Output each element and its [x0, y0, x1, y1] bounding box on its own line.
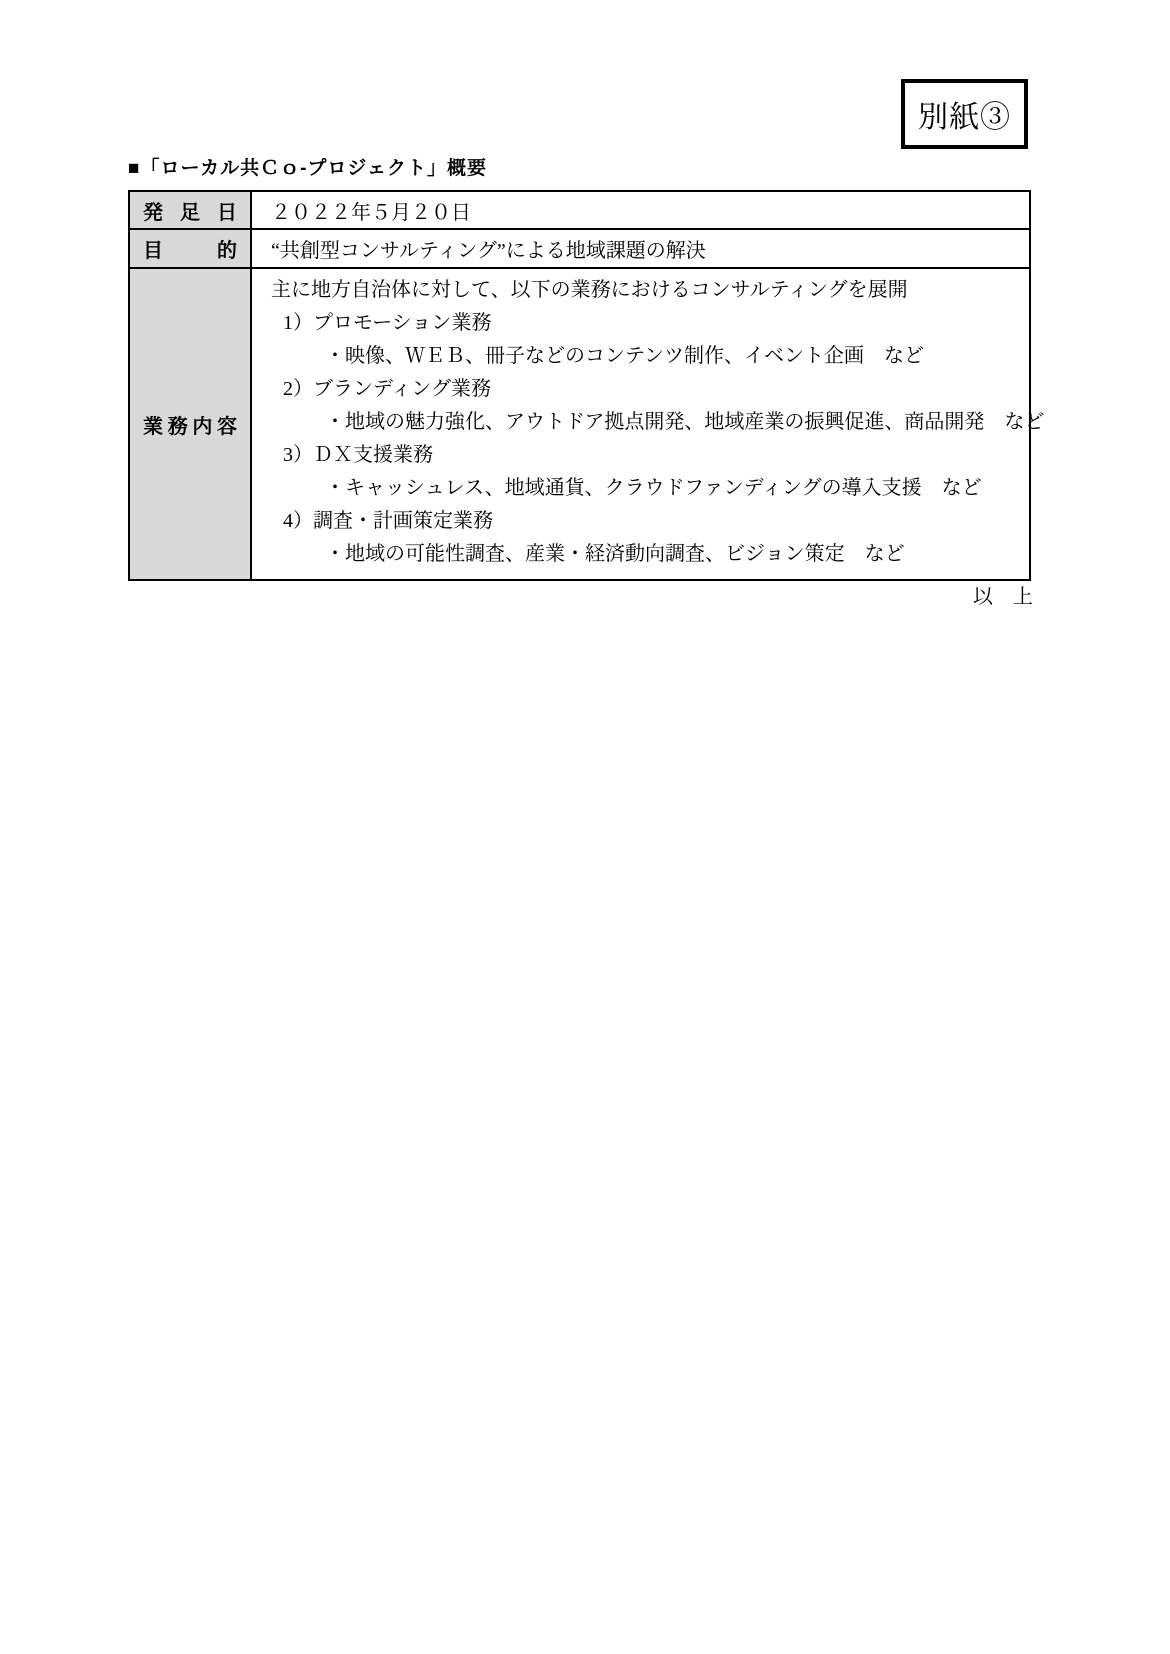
business-line-item-3: 3）ＤＸ支援業務 [271, 439, 1019, 472]
business-line-detail-1: ・映像、ＷＥＢ、冊子などのコンテンツ制作、イベント企画 など [271, 340, 1019, 373]
business-line-item-1: 1）プロモーション業務 [271, 307, 1019, 340]
purpose-value: “共創型コンサルティング”による地域課題の解決 [251, 229, 1030, 268]
founding-date-value: ２０２２年５月２０日 [251, 191, 1030, 229]
attachment-label: 別紙③ [918, 92, 1011, 136]
business-line-item-4: 4）調査・計画策定業務 [271, 505, 1019, 538]
business-line-detail-3: ・キャッシュレス、地域通貨、クラウドファンディングの導入支援 など [271, 472, 1019, 505]
founding-date-label-cell: 発足日 [129, 191, 251, 229]
table-row-founding-date: 発足日 ２０２２年５月２０日 [129, 191, 1030, 229]
business-line-detail-2: ・地域の魅力強化、アウトドア拠点開発、地域産業の振興促進、商品開発 など [271, 406, 1019, 439]
business-content-label-cell: 業務内容 [129, 268, 251, 580]
business-content-label: 業務内容 [143, 410, 237, 439]
page-title: ■「ローカル共Ｃｏ-プロジェクト」概要 [128, 155, 487, 183]
purpose-label-cell: 目的 [129, 229, 251, 268]
project-summary-table: 発足日 ２０２２年５月２０日 目的 “共創型コンサルティング”による地域課題の解… [128, 190, 1031, 581]
founding-date-label: 発足日 [143, 196, 237, 225]
table-row-business-content: 業務内容 主に地方自治体に対して、以下の業務におけるコンサルティングを展開 1）… [129, 268, 1030, 580]
business-content-value: 主に地方自治体に対して、以下の業務におけるコンサルティングを展開 1）プロモーシ… [251, 268, 1030, 580]
business-line-detail-4: ・地域の可能性調査、産業・経済動向調査、ビジョン策定 など [271, 538, 1019, 571]
closing-mark: 以 上 [973, 580, 1033, 609]
table-row-purpose: 目的 “共創型コンサルティング”による地域課題の解決 [129, 229, 1030, 268]
purpose-label: 目的 [143, 234, 237, 263]
business-line-item-2: 2）ブランディング業務 [271, 373, 1019, 406]
business-line-intro: 主に地方自治体に対して、以下の業務におけるコンサルティングを展開 [271, 274, 1019, 307]
document-page: 別紙③ ■「ローカル共Ｃｏ-プロジェクト」概要 発足日 ２０２２年５月２０日 目… [0, 0, 1170, 1654]
attachment-badge: 別紙③ [901, 79, 1028, 149]
